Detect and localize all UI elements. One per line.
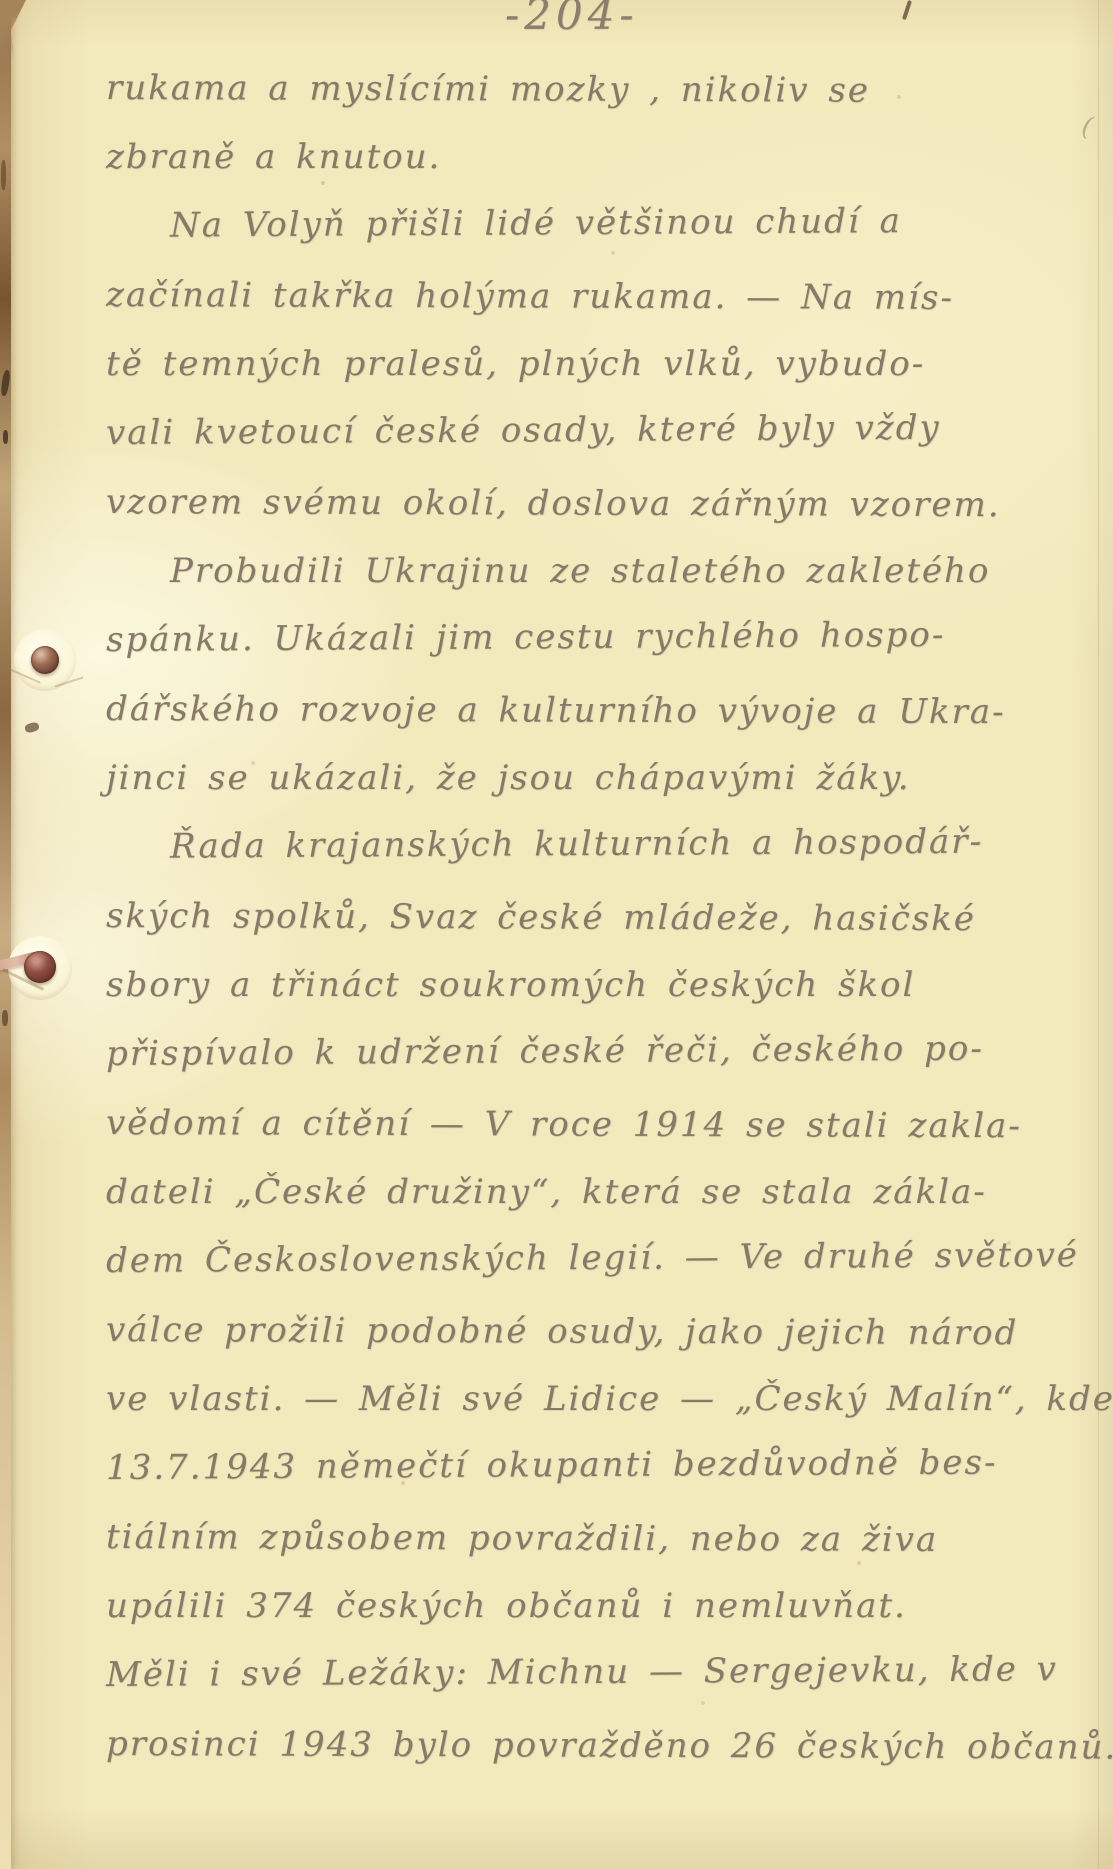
handwritten-line: zbraně a knutou. xyxy=(106,123,1096,192)
handwritten-line-text: válce prožili podobné osudy, jako jejich… xyxy=(106,1310,1018,1353)
binder-hole-top xyxy=(14,629,76,691)
handwritten-line: vědomí a cítění — V roce 1914 se stali z… xyxy=(106,1089,1096,1161)
handwritten-line-text: dateli „České družiny“, která se stala z… xyxy=(106,1172,987,1212)
handwritten-line-text: rukama a myslícími mozky , nikoliv se xyxy=(106,68,870,111)
handwritten-line-text: vědomí a cítění — V roce 1914 se stali z… xyxy=(106,1103,1022,1146)
binding-speck xyxy=(24,721,40,733)
handwritten-line: 13.7.1943 němečtí okupanti bezdůvodně be… xyxy=(106,1428,1096,1503)
handwritten-line-text: Na Volyň přišli lidé většinou chudí a xyxy=(170,201,902,245)
handwritten-line: ských spolků, Svaz české mládeže, hasičs… xyxy=(106,882,1096,954)
handwritten-line: dářského rozvoje a kulturního vývoje a U… xyxy=(106,675,1096,747)
handwritten-line: tě temných pralesů, plných vlků, vybudo- xyxy=(106,330,1096,399)
handwritten-line: dateli „České družiny“, která se stala z… xyxy=(106,1158,1096,1227)
handwritten-line: jinci se ukázali, že jsou chápavými žáky… xyxy=(106,744,1096,813)
handwritten-line: rukama a myslícími mozky , nikoliv se xyxy=(106,54,1096,126)
handwritten-line-text: přispívalo k udržení české řeči, českého… xyxy=(106,1029,984,1074)
binding-speck xyxy=(2,1010,8,1026)
binding-speck xyxy=(3,430,8,444)
handwritten-line-text: prosinci 1943 bylo povražděno 26 českých… xyxy=(106,1724,1113,1768)
page-number: -204- xyxy=(505,0,639,39)
handwritten-line: přispívalo k udržení české řeči, českého… xyxy=(106,1014,1096,1089)
handwritten-line: ve vlasti. — Měli své Lidice — „Český Ma… xyxy=(106,1365,1096,1434)
handwritten-line-text: ve vlasti. — Měli své Lidice — „Český Ma… xyxy=(106,1379,1113,1419)
handwritten-line: začínali takřka holýma rukama. — Na mís- xyxy=(106,261,1096,333)
handwritten-line-text: vzorem svému okolí, doslova zářným vzore… xyxy=(106,482,1001,525)
book-binding-edge xyxy=(0,0,11,1869)
handwritten-line-text: 13.7.1943 němečtí okupanti bezdůvodně be… xyxy=(106,1443,998,1488)
handwritten-line-text: sbory a třináct soukromých českých škol xyxy=(106,965,915,1005)
binding-speck xyxy=(1,160,6,190)
metal-fastener-icon xyxy=(31,646,59,674)
handwritten-line-text: dem Československých legií. — Ve druhé s… xyxy=(106,1235,1079,1281)
handwritten-line-text: vali kvetoucí české osady, které byly vž… xyxy=(106,408,941,453)
handwritten-line-text: dářského rozvoje a kulturního vývoje a U… xyxy=(106,689,1006,732)
metal-fastener-icon xyxy=(24,951,56,983)
handwritten-line: vali kvetoucí české osady, které byly vž… xyxy=(106,393,1096,468)
handwritten-line: upálili 374 českých občanů i nemluvňat. xyxy=(106,1572,1096,1641)
handwritten-line: prosinci 1943 bylo povražděno 26 českých… xyxy=(106,1710,1096,1782)
corner-tear xyxy=(0,0,26,70)
handwritten-line-text: zbraně a knutou. xyxy=(106,137,441,177)
binder-hole-bottom xyxy=(8,936,72,1000)
handwritten-line: Měli i své Ležáky: Michnu — Sergejevku, … xyxy=(106,1635,1096,1710)
handwritten-line: válce prožili podobné osudy, jako jejich… xyxy=(106,1296,1096,1368)
ink-stroke-mark xyxy=(902,0,912,20)
handwritten-line-text: upálili 374 českých občanů i nemluvňat. xyxy=(106,1586,907,1626)
manuscript-page: -204- rukama a myslícími mozky , nikoliv… xyxy=(0,0,1113,1869)
handwritten-line: Probudili Ukrajinu ze staletého zakletéh… xyxy=(106,537,1096,606)
handwritten-line-text: tě temných pralesů, plných vlků, vybudo- xyxy=(106,344,925,384)
page-edge-crease xyxy=(1098,0,1099,1869)
handwritten-line-text: jinci se ukázali, že jsou chápavými žáky… xyxy=(106,758,911,798)
handwritten-line: sbory a třináct soukromých českých škol xyxy=(106,951,1096,1020)
handwritten-line-text: spánku. Ukázali jim cestu rychlého hospo… xyxy=(106,615,946,660)
handwritten-line-text: ských spolků, Svaz české mládeže, hasičs… xyxy=(106,896,976,939)
handwritten-text-block: rukama a myslícími mozky , nikoliv sezbr… xyxy=(106,54,1096,1779)
handwritten-line-text: Probudili Ukrajinu ze staletého zakletéh… xyxy=(170,551,990,591)
handwritten-line-text: Měli i své Ležáky: Michnu — Sergejevku, … xyxy=(106,1649,1058,1695)
handwritten-line-text: Řada krajanských kulturních a hospodář- xyxy=(170,822,983,867)
handwritten-line: Na Volyň přišli lidé většinou chudí a xyxy=(106,186,1096,261)
handwritten-line: tiálním způsobem povraždili, nebo za živ… xyxy=(106,1503,1096,1575)
handwritten-line: dem Československých legií. — Ve druhé s… xyxy=(106,1221,1096,1296)
paper-specks xyxy=(0,0,2,2)
handwritten-line: Řada krajanských kulturních a hospodář- xyxy=(106,807,1096,882)
handwritten-line-text: tiálním způsobem povraždili, nebo za živ… xyxy=(106,1517,938,1560)
handwritten-line-text: začínali takřka holýma rukama. — Na mís- xyxy=(106,275,954,318)
handwritten-line: vzorem svému okolí, doslova zářným vzore… xyxy=(106,468,1096,540)
handwritten-line: spánku. Ukázali jim cestu rychlého hospo… xyxy=(106,600,1096,675)
